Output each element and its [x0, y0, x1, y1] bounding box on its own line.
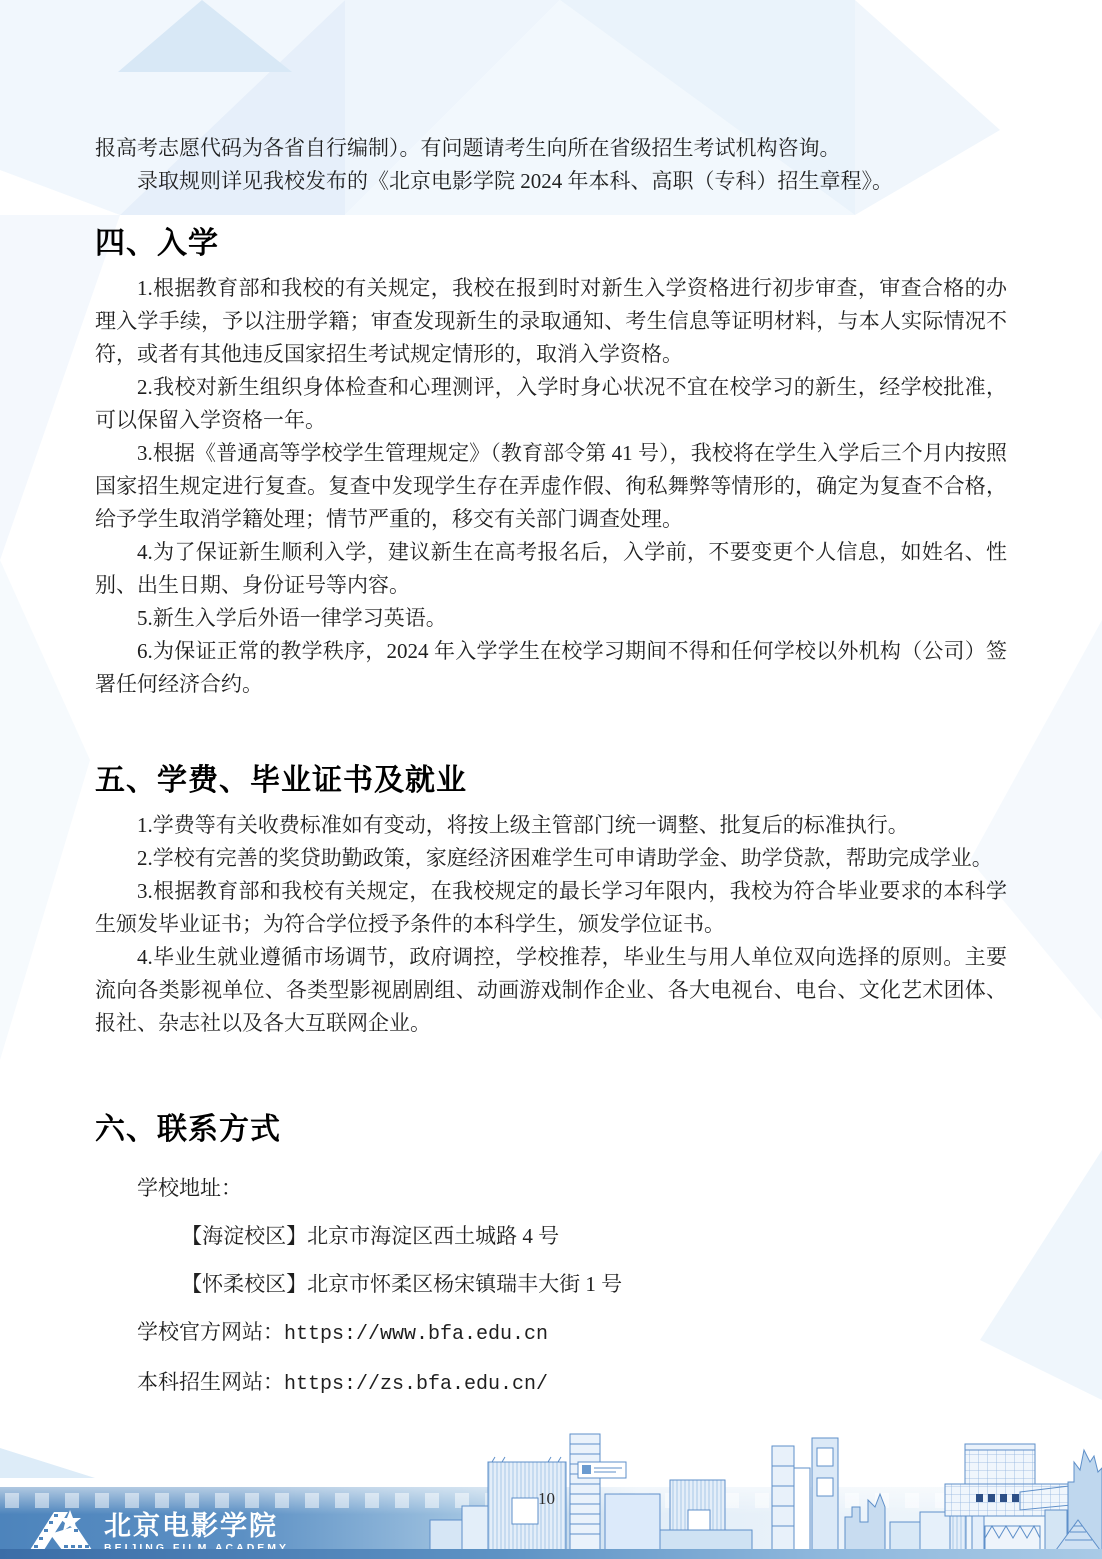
enrollment-paragraph: 4.为了保证新生顺利入学，建议新生在高考报名后，入学前，不要变更个人信息，如姓名… — [95, 536, 1007, 602]
enrollment-paragraph: 3.根据《普通高等学校学生管理规定》（教育部令第 41 号），我校将在学生入学后… — [95, 437, 1007, 536]
city-skyline-illustration — [420, 1422, 1102, 1554]
document-content: 报高考志愿代码为各省自行编制）。有问题请考生向所在省级招生考试机构咨询。 录取规… — [95, 132, 1007, 1416]
campus-address: 【怀柔校区】北京市怀柔区杨宋镇瑞丰大街 1 号 — [95, 1268, 1007, 1301]
enrollment-paragraph: 6.为保证正常的教学秩序，2024 年入学学生在校学习期间不得和任何学校以外机构… — [95, 635, 1007, 701]
logo-text: 北京电影学院 BEIJING FILM ACADEMY — [104, 1512, 289, 1554]
official-website-line: 学校官方网站：https://www.bfa.edu.cn — [95, 1316, 1007, 1351]
admissions-website-url: https://zs.bfa.edu.cn/ — [284, 1373, 548, 1396]
address-label: 学校地址： — [95, 1172, 1007, 1205]
enrollment-paragraph: 5.新生入学后外语一律学习英语。 — [95, 602, 1007, 635]
enrollment-paragraph: 2.我校对新生组织身体检查和心理测评，入学时身心状况不宜在校学习的新生，经学校批… — [95, 371, 1007, 437]
intro-line: 报高考志愿代码为各省自行编制）。有问题请考生向所在省级招生考试机构咨询。 — [95, 132, 1007, 165]
document-page: 报高考志愿代码为各省自行编制）。有问题请考生向所在省级招生考试机构咨询。 录取规… — [0, 0, 1102, 1559]
intro-line: 录取规则详见我校发布的《北京电影学院 2024 年本科、高职（专科）招生章程》。 — [95, 165, 1007, 198]
footer-bottom-strip — [0, 1549, 1102, 1559]
official-website-url: https://www.bfa.edu.cn — [284, 1323, 548, 1346]
section-heading-enrollment: 四、入学 — [95, 224, 1007, 264]
section-heading-contact: 六、联系方式 — [95, 1110, 1007, 1150]
tuition-paragraph: 2.学校有完善的奖贷助勤政策，家庭经济困难学生可申请助学金、助学贷款，帮助完成学… — [95, 842, 1007, 875]
section-heading-tuition: 五、学费、毕业证书及就业 — [95, 761, 1007, 801]
campus-address: 【海淀校区】北京市海淀区西土城路 4 号 — [95, 1220, 1007, 1253]
tuition-paragraph: 3.根据教育部和我校有关规定，在我校规定的最长学习年限内，我校为符合毕业要求的本… — [95, 875, 1007, 941]
official-website-label: 学校官方网站： — [137, 1320, 284, 1344]
admissions-website-label: 本科招生网站： — [137, 1370, 284, 1394]
logo-title: 北京电影学院 — [104, 1512, 289, 1540]
admissions-website-line: 本科招生网站：https://zs.bfa.edu.cn/ — [95, 1366, 1007, 1401]
tuition-paragraph: 1.学费等有关收费标准如有变动，将按上级主管部门统一调整、批复后的标准执行。 — [95, 809, 1007, 842]
page-number: 10 — [538, 1489, 555, 1509]
enrollment-paragraph: 1.根据教育部和我校的有关规定，我校在报到时对新生入学资格进行初步审查，审查合格… — [95, 272, 1007, 371]
tuition-paragraph: 4.毕业生就业遵循市场调节，政府调控，学校推荐，毕业生与用人单位双向选择的原则。… — [95, 941, 1007, 1040]
